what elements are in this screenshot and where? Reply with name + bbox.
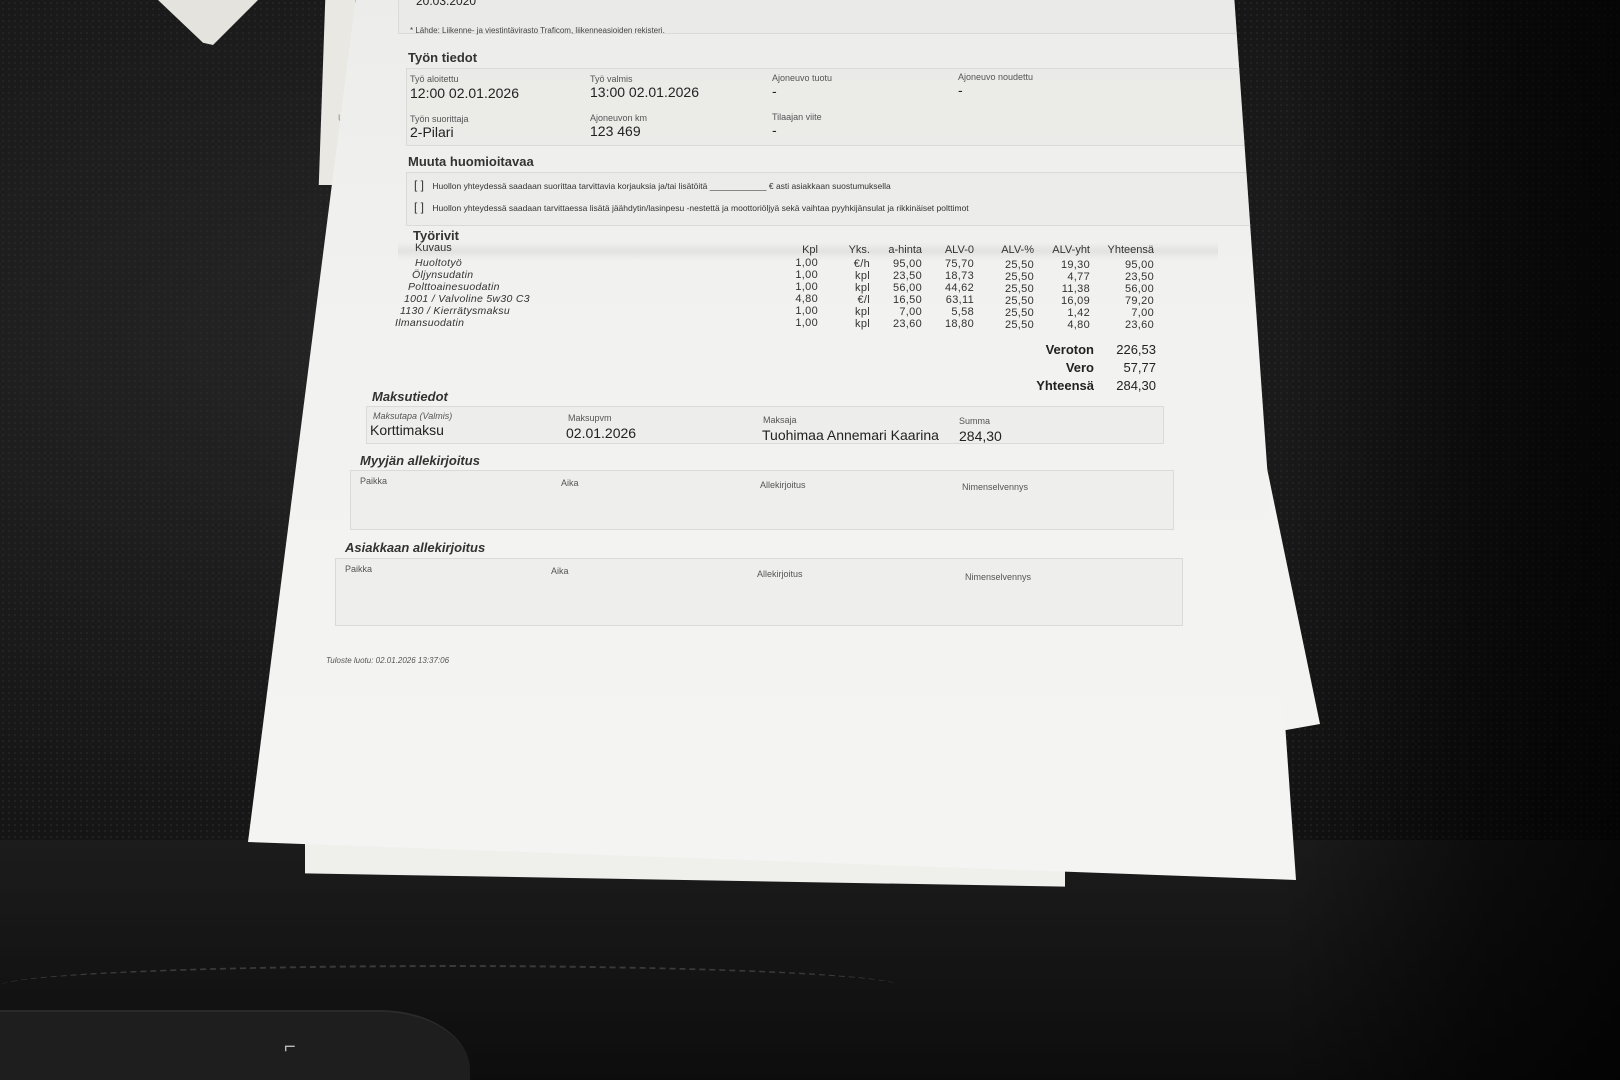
row-cell: 75,70 <box>914 258 974 270</box>
total-value: 57,77 <box>1094 360 1156 375</box>
note-item: [ ] Huollon yhteydessä saadaan tarvittae… <box>414 200 969 214</box>
row-cell: 25,50 <box>974 295 1034 307</box>
row-cell: 1,00 <box>758 317 818 329</box>
seat-side-panel <box>0 1010 470 1080</box>
amount-blank: ____________ <box>710 181 767 191</box>
row-cell: 7,00 <box>1094 307 1154 319</box>
row-cell: 95,00 <box>1094 259 1154 271</box>
column-header: Yhteensä <box>1094 244 1154 256</box>
work-finished-value: 13:00 02.01.2026 <box>590 84 699 100</box>
row-cell: kpl <box>810 306 870 318</box>
source-note: * Lähde: Liikenne- ja viestintävirasto T… <box>410 26 665 35</box>
column-header: Kuvaus <box>415 242 452 254</box>
printed-timestamp: Tuloste luotu: 02.01.2026 13:37:06 <box>326 656 449 665</box>
work-rows-title: Työrivit <box>413 228 459 243</box>
row-cell: 4,80 <box>1030 319 1090 331</box>
work-started-value: 12:00 02.01.2026 <box>410 85 519 101</box>
column-header: a-hinta <box>862 244 922 256</box>
row-cell: 25,50 <box>974 307 1034 319</box>
shadow-overlay <box>1280 0 1620 1080</box>
row-cell: 7,00 <box>862 306 922 318</box>
row-description: Ilmansuodatin <box>395 317 464 329</box>
vehicle-brought-value: - <box>772 83 777 99</box>
row-description: 1130 / Kierrätysmaksu <box>400 305 510 317</box>
row-cell: 95,00 <box>862 258 922 270</box>
row-cell: kpl <box>810 270 870 282</box>
payment-date-value: 02.01.2026 <box>566 425 636 441</box>
row-cell: 56,00 <box>862 282 922 294</box>
row-cell: 4,80 <box>758 293 818 305</box>
checkbox[interactable]: [ ] <box>414 178 424 192</box>
total-label: Veroton <box>984 342 1094 357</box>
row-cell: 25,50 <box>974 271 1034 283</box>
field-label: Aika <box>551 566 569 576</box>
total-value: 284,30 <box>1094 378 1156 393</box>
row-cell: kpl <box>810 282 870 294</box>
row-description: Öljynsudatin <box>412 269 473 281</box>
field-label: Allekirjoitus <box>760 480 806 490</box>
field-label: Nimenselvennys <box>962 482 1028 492</box>
row-cell: 25,50 <box>974 259 1034 271</box>
field-label: Ajoneuvo noudettu <box>958 72 1033 82</box>
field-label: Aika <box>561 478 579 488</box>
field-label: Työn suorittaja <box>410 114 469 124</box>
column-header: ALV-yht <box>1030 244 1090 256</box>
row-cell: 19,30 <box>1030 259 1090 271</box>
field-label: Ajoneuvo tuotu <box>772 73 832 83</box>
row-cell: 4,77 <box>1030 271 1090 283</box>
row-description: 1001 / Valvoline 5w30 C3 <box>404 293 530 305</box>
work-info-title: Työn tiedot <box>408 50 477 65</box>
row-cell: 25,50 <box>974 283 1034 295</box>
field-label: Nimenselvennys <box>965 572 1031 582</box>
note-item: [ ] Huollon yhteydessä saadaan suorittaa… <box>414 178 891 192</box>
row-cell: 18,80 <box>914 318 974 330</box>
row-cell: 44,62 <box>914 282 974 294</box>
row-cell: 79,20 <box>1094 295 1154 307</box>
field-label: Maksupvm <box>568 413 612 423</box>
total-label: Vero <box>984 360 1094 375</box>
row-cell: 56,00 <box>1094 283 1154 295</box>
row-cell: kpl <box>810 318 870 330</box>
row-cell: 23,60 <box>1094 319 1154 331</box>
performer-value: 2-Pilari <box>410 124 454 140</box>
field-label: Maksutapa (Valmis) <box>373 411 452 421</box>
row-cell: 16,50 <box>862 294 922 306</box>
checkbox[interactable]: [ ] <box>414 200 424 214</box>
payment-title: Maksutiedot <box>372 389 448 404</box>
row-cell: 1,42 <box>1030 307 1090 319</box>
row-description: Polttoainesuodatin <box>408 281 500 293</box>
vehicle-date: 20.03.2020 <box>416 0 476 8</box>
note-text: Huollon yhteydessä saadaan tarvittaessa … <box>432 203 968 213</box>
row-cell: 25,50 <box>974 319 1034 331</box>
payment-method-value: Korttimaksu <box>370 422 444 438</box>
field-label: Allekirjoitus <box>757 569 803 579</box>
row-description: Huoltotyö <box>415 257 462 269</box>
field-label: Paikka <box>360 476 387 486</box>
total-value: 226,53 <box>1094 342 1156 357</box>
row-cell: 23,50 <box>1094 271 1154 283</box>
row-cell: 23,60 <box>862 318 922 330</box>
field-label: Työ valmis <box>590 74 633 84</box>
row-cell: 63,11 <box>914 294 974 306</box>
note-text: € asti asiakkaan suostumuksella <box>769 181 891 191</box>
customer-signature-title: Asiakkaan allekirjoitus <box>345 540 485 555</box>
row-cell: 16,09 <box>1030 295 1090 307</box>
row-cell: €/h <box>810 258 870 270</box>
seat-adjust-icon: ⌐ <box>284 1034 308 1060</box>
notes-title: Muuta huomioitavaa <box>408 154 534 169</box>
row-cell: 1,00 <box>758 281 818 293</box>
column-header: ALV-0 <box>914 244 974 256</box>
field-label: Tilaajan viite <box>772 112 822 122</box>
seller-signature-box[interactable] <box>350 470 1174 530</box>
note-text: Huollon yhteydessä saadaan suorittaa tar… <box>432 181 707 191</box>
vehicle-picked-up-value: - <box>958 82 963 98</box>
row-cell: €/l <box>810 294 870 306</box>
row-cell: 11,38 <box>1030 283 1090 295</box>
field-label: Ajoneuvon km <box>590 113 647 123</box>
field-label: Maksaja <box>763 415 797 425</box>
work-info-box <box>406 68 1294 146</box>
seller-signature-title: Myyjän allekirjoitus <box>360 453 480 468</box>
column-header: ALV-% <box>974 244 1034 256</box>
row-cell: 23,50 <box>862 270 922 282</box>
odometer-value: 123 469 <box>590 123 641 139</box>
service-receipt: 20.03.2020 * Lähde: Liikenne- ja viestin… <box>248 0 1298 880</box>
field-label: Paikka <box>345 564 372 574</box>
payer-value: Tuohimaa Annemari Kaarina <box>762 427 939 443</box>
customer-reference-value: - <box>772 122 777 138</box>
field-label: Työ aloitettu <box>410 74 459 84</box>
total-label: Yhteensä <box>984 378 1094 393</box>
column-header: Kpl <box>758 244 818 256</box>
field-label: Summa <box>959 416 990 426</box>
row-cell: 5,58 <box>914 306 974 318</box>
seat-stitching <box>0 965 900 1007</box>
row-cell: 1,00 <box>758 257 818 269</box>
payment-sum-value: 284,30 <box>959 428 1002 444</box>
row-cell: 1,00 <box>758 269 818 281</box>
column-header: Yks. <box>810 244 870 256</box>
row-cell: 18,73 <box>914 270 974 282</box>
row-cell: 1,00 <box>758 305 818 317</box>
